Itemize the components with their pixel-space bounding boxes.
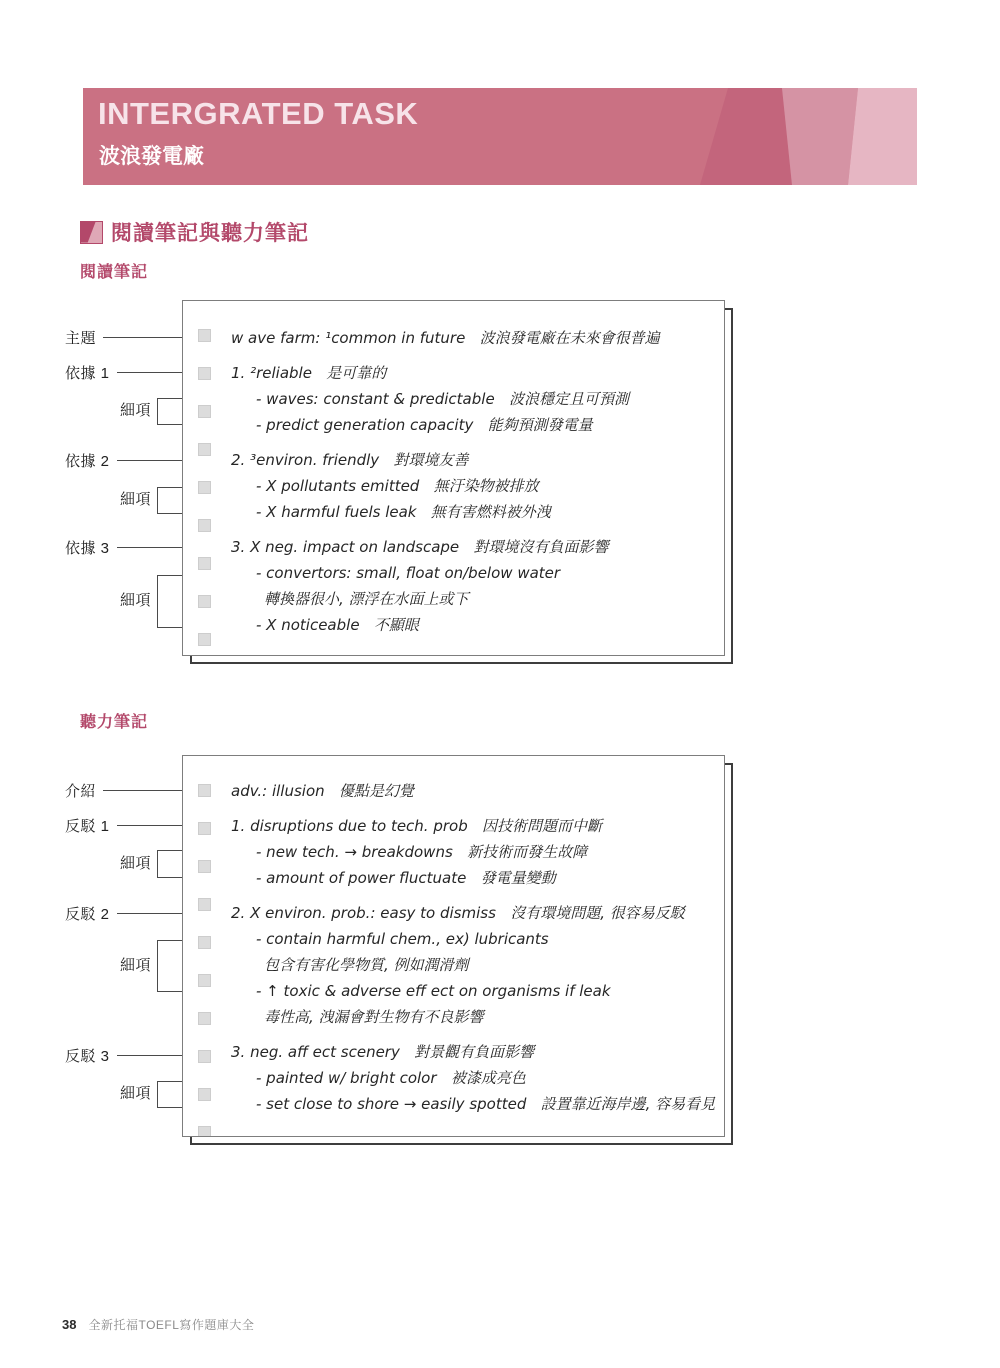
hole-square-icon: [198, 633, 211, 646]
note-line: - convertors: small, float on/below wate…: [256, 560, 720, 586]
connector-line: [117, 825, 183, 826]
hole-square-icon: [198, 936, 211, 949]
rail-label: 介紹: [65, 780, 96, 801]
hole-square-icon: [198, 595, 211, 608]
rail-label: 細項: [65, 1084, 151, 1104]
rail-label: 反駁 2: [65, 903, 110, 924]
note-line: 3. neg. aff ect scenery 對景觀有負面影響: [231, 1039, 720, 1065]
connector-line: [117, 460, 183, 461]
rail-label: 細項: [65, 401, 151, 421]
connector-bracket: [157, 398, 183, 425]
hole-square-icon: [198, 557, 211, 570]
rail-row-basis-2: 依據 2: [65, 450, 183, 470]
connector-bracket: [157, 940, 183, 992]
rail-row-basis-1: 依據 1: [65, 362, 183, 382]
note-line: - new tech. → breakdowns 新技術而發生故障: [256, 839, 720, 865]
section-title: 閱讀筆記與聽力筆記: [111, 217, 309, 247]
note-line: 轉換器很小, 漂浮在水面上或下: [264, 586, 720, 612]
diagonal-square-icon: [80, 221, 103, 244]
connector-bracket: [157, 575, 183, 628]
connector-line: [117, 372, 183, 373]
hole-square-icon: [198, 822, 211, 835]
rail-label: 細項: [65, 956, 151, 976]
rail-label: 反駁 1: [65, 815, 110, 836]
card-front-sheet: w ave farm: ¹common in future 波浪發電廠在未來會很…: [182, 300, 725, 656]
rail-label: 依據 2: [65, 450, 110, 471]
rail-row-topic: 主題: [65, 327, 183, 347]
chapter-banner: INTERGRATED TASK 波浪發電廠: [83, 88, 917, 185]
hole-square-icon: [198, 443, 211, 456]
hole-square-icon: [198, 1012, 211, 1025]
connector-bracket: [157, 850, 183, 878]
rail-label: 細項: [65, 490, 151, 510]
note-line: - X noticeable 不顯眼: [256, 612, 720, 638]
binding-hole-column: [198, 329, 211, 646]
binding-hole-column: [198, 784, 211, 1137]
rail-label: 依據 3: [65, 537, 110, 558]
connector-line: [103, 337, 183, 338]
rail-label: 主題: [65, 327, 96, 348]
note-line: 包含有害化學物質, 例如潤滑劑: [264, 952, 720, 978]
card-front-sheet: adv.: illusion 優點是幻覺1. disruptions due t…: [182, 755, 725, 1137]
note-line: - X pollutants emitted 無汙染物被排放: [256, 473, 720, 499]
book-title: 全新托福TOEFL寫作題庫大全: [88, 1316, 254, 1333]
hole-square-icon: [198, 1088, 211, 1101]
rail-label: 細項: [65, 591, 151, 611]
page-number: 38: [62, 1317, 76, 1332]
hole-square-icon: [198, 898, 211, 911]
connector-line: [117, 1055, 183, 1056]
note-line: - waves: constant & predictable 波浪穩定且可預測: [256, 386, 720, 412]
reading-notes-label: 閱讀筆記: [80, 259, 148, 282]
rail-label: 依據 1: [65, 362, 110, 383]
rail-label: 細項: [65, 854, 151, 874]
hole-square-icon: [198, 329, 211, 342]
banner-title: INTERGRATED TASK: [98, 96, 418, 132]
hole-square-icon: [198, 860, 211, 873]
rail-row-rebuttal-3: 反駁 3: [65, 1045, 183, 1065]
rail-row-intro: 介紹: [65, 780, 183, 800]
note-line: - X harmful fuels leak 無有害燃料被外洩: [256, 499, 720, 525]
hole-square-icon: [198, 784, 211, 797]
hole-square-icon: [198, 367, 211, 380]
connector-line: [103, 790, 183, 791]
note-line: 毒性高, 洩漏會對生物有不良影響: [264, 1004, 720, 1030]
section-heading: 閱讀筆記與聽力筆記: [80, 219, 309, 245]
note-line: 2. ³environ. friendly 對環境友善: [231, 447, 720, 473]
banner-subtitle: 波浪發電廠: [99, 140, 204, 170]
connector-line: [117, 547, 183, 548]
hole-square-icon: [198, 1050, 211, 1063]
hole-square-icon: [198, 974, 211, 987]
note-line: w ave farm: ¹common in future 波浪發電廠在未來會很…: [231, 325, 720, 351]
listening-note-lines: adv.: illusion 優點是幻覺1. disruptions due t…: [231, 778, 720, 1117]
note-line: - painted w/ bright color 被漆成亮色: [256, 1065, 720, 1091]
note-line: - amount of power fluctuate 發電量變動: [256, 865, 720, 891]
note-line: 2. X environ. prob.: easy to dismiss 沒有環…: [231, 900, 720, 926]
hole-square-icon: [198, 1126, 211, 1137]
hole-square-icon: [198, 405, 211, 418]
rail-row-basis-3: 依據 3: [65, 537, 183, 557]
page-footer: 38 全新托福TOEFL寫作題庫大全: [62, 1316, 254, 1333]
reading-note-lines: w ave farm: ¹common in future 波浪發電廠在未來會很…: [231, 325, 720, 638]
listening-note-card: adv.: illusion 優點是幻覺1. disruptions due t…: [182, 755, 725, 1137]
connector-line: [117, 913, 183, 914]
note-line: adv.: illusion 優點是幻覺: [231, 778, 720, 804]
connector-bracket: [157, 1081, 183, 1108]
reading-note-card: w ave farm: ¹common in future 波浪發電廠在未來會很…: [182, 300, 725, 656]
note-line: - set close to shore → easily spotted 設置…: [256, 1091, 720, 1117]
note-line: 1. disruptions due to tech. prob 因技術問題而中…: [231, 813, 720, 839]
connector-bracket: [157, 487, 183, 514]
rail-label: 反駁 3: [65, 1045, 110, 1066]
rail-row-rebuttal-2: 反駁 2: [65, 903, 183, 923]
note-line: 1. ²reliable 是可靠的: [231, 360, 720, 386]
note-line: - ↑ toxic & adverse eff ect on organisms…: [256, 978, 720, 1004]
listening-notes-label: 聽力筆記: [80, 709, 148, 732]
note-line: - predict generation capacity 能夠預測發電量: [256, 412, 720, 438]
rail-row-rebuttal-1: 反駁 1: [65, 815, 183, 835]
book-page: INTERGRATED TASK 波浪發電廠 閱讀筆記與聽力筆記 閱讀筆記 主題…: [0, 0, 1000, 1368]
note-line: - contain harmful chem., ex) lubricants: [256, 926, 720, 952]
note-line: 3. X neg. impact on landscape 對環境沒有負面影響: [231, 534, 720, 560]
hole-square-icon: [198, 481, 211, 494]
hole-square-icon: [198, 519, 211, 532]
